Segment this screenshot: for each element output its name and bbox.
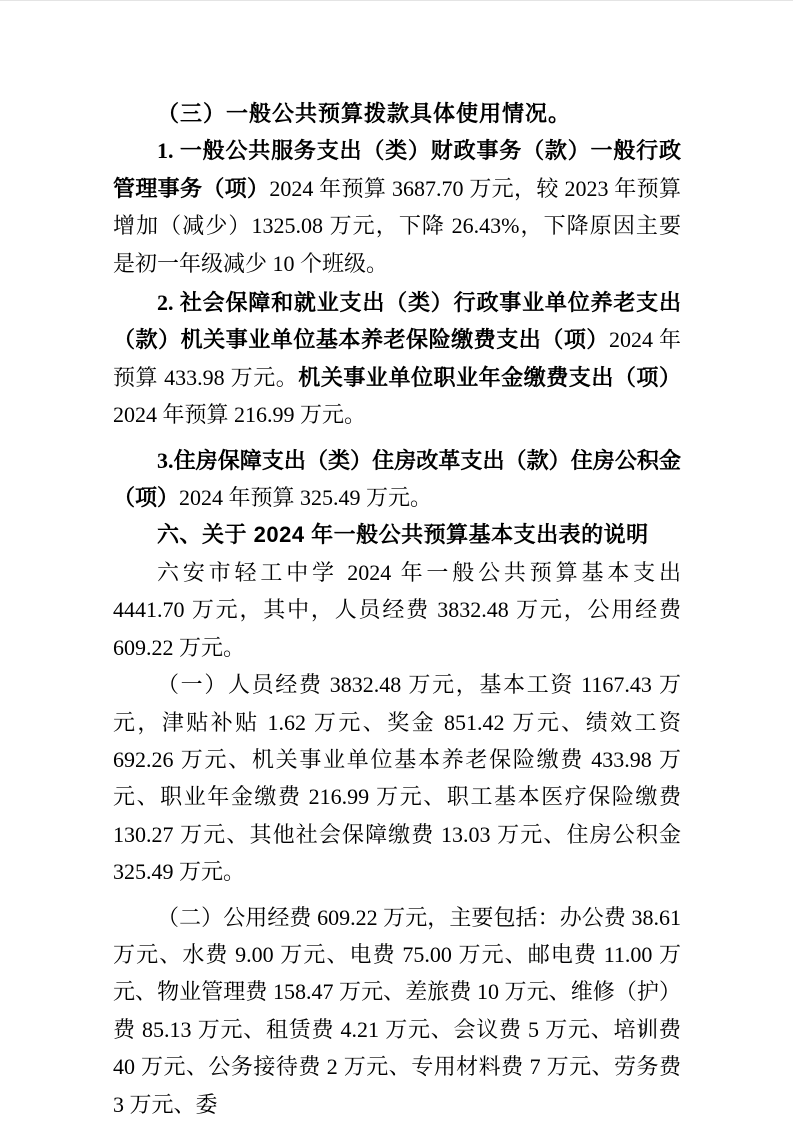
paragraph-item-3: 3.住房保障支出（类）住房改革支出（款）住房公积金（项）2024 年预算 325… [113, 442, 681, 517]
paragraph-item-1: 1. 一般公共服务支出（类）财政事务（款）一般行政管理事务（项）2024 年预算… [113, 132, 681, 282]
paragraph-public-funds: （二）公用经费 609.22 万元，主要包括：办公费 38.61 万元、水费 9… [113, 899, 681, 1123]
item-3-text: 2024 年预算 325.49 万元。 [179, 485, 432, 510]
document-page: （三）一般公共预算拨款具体使用情况。 1. 一般公共服务支出（类）财政事务（款）… [0, 0, 793, 1123]
section-3-heading: （三）一般公共预算拨款具体使用情况。 [113, 95, 681, 132]
paragraph-personnel-funds: （一）人员经费 3832.48 万元，基本工资 1167.43 万元，津贴补贴 … [113, 666, 681, 890]
item-2-text-2: 2024 年预算 216.99 万元。 [113, 402, 366, 427]
paragraph-overview: 六安市轻工中学 2024 年一般公共预算基本支出 4441.70 万元，其中，人… [113, 554, 681, 666]
item-2-bold-title-1: 2. 社会保障和就业支出（类）行政事业单位养老支出（款）机关事业单位基本养老保险… [113, 290, 681, 352]
page-number: - 9 - [113, 1019, 681, 1039]
section-6-heading: 六、关于 2024 年一般公共预算基本支出表的说明 [113, 516, 681, 553]
document-body: （三）一般公共预算拨款具体使用情况。 1. 一般公共服务支出（类）财政事务（款）… [113, 95, 681, 1123]
item-2-bold-title-2: 机关事业单位职业年金缴费支出（项） [298, 365, 681, 390]
paragraph-item-2: 2. 社会保障和就业支出（类）行政事业单位养老支出（款）机关事业单位基本养老保险… [113, 284, 681, 434]
